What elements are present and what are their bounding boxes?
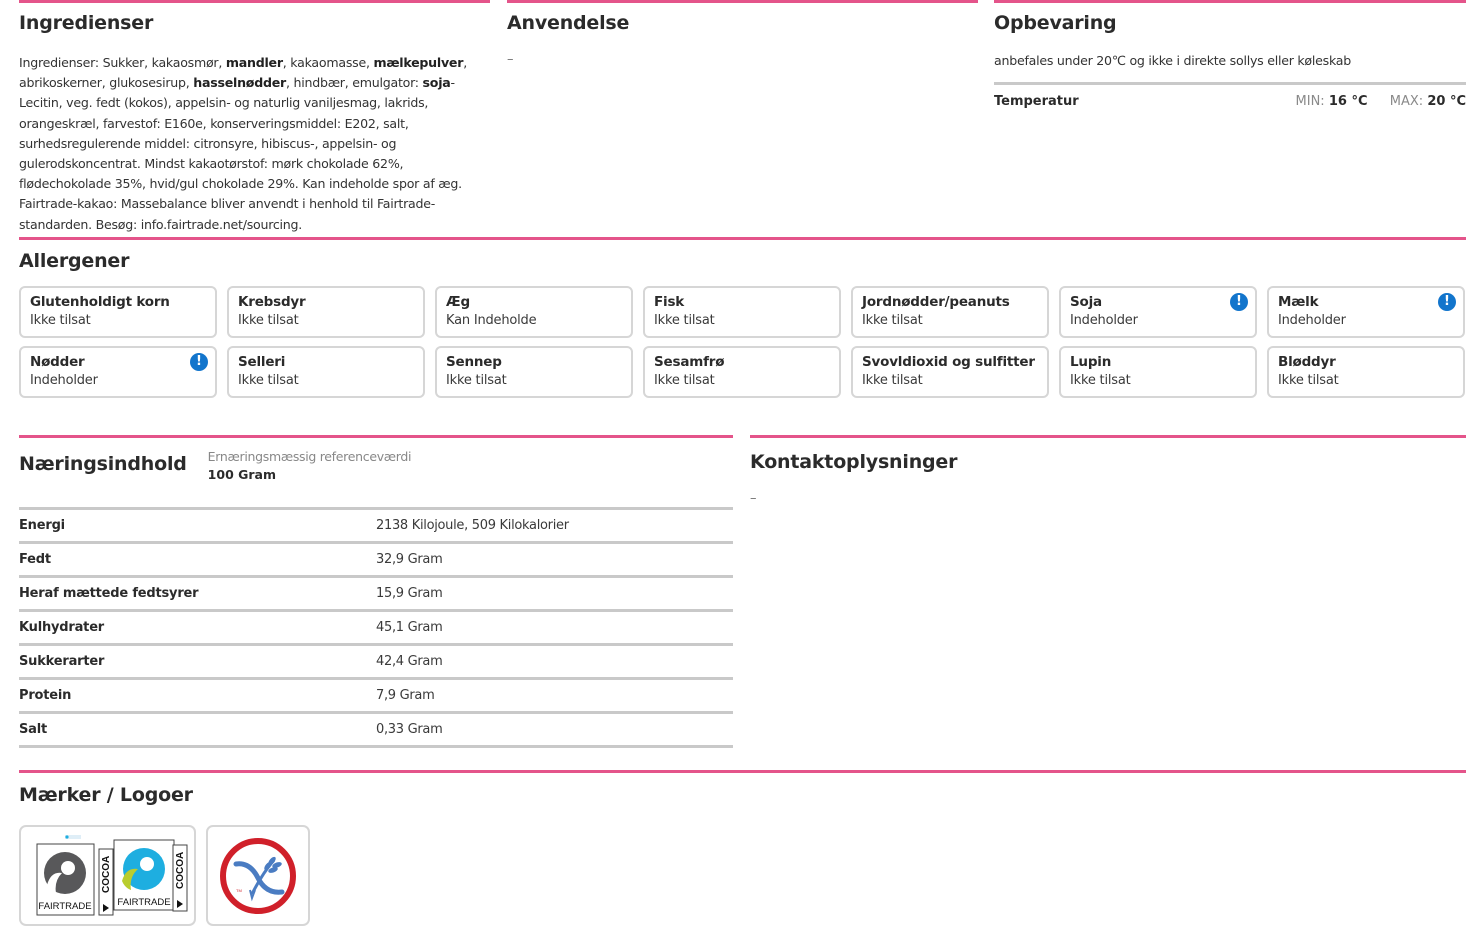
crossed-grain-icon: TM <box>216 834 300 918</box>
allergen-name: Mælk <box>1278 293 1454 311</box>
allergen-grid: Glutenholdigt kornIkke tilsatKrebsdyrIkk… <box>19 286 1466 398</box>
nutrition-table: Energi2138 Kilojoule, 509 KilokalorierFe… <box>19 507 733 748</box>
nutrition-row: Energi2138 Kilojoule, 509 Kilokalorier <box>19 510 733 544</box>
allergens-title: Allergener <box>19 250 1466 272</box>
reference-value-block: Ernæringsmæssig referenceværdi 100 Gram <box>208 449 412 482</box>
ingredient-allergen-highlight: hasselnødder <box>193 75 286 90</box>
nutrient-name: Kulhydrater <box>19 620 376 635</box>
ingredients-section: Ingredienser Ingredienser: Sukker, kakao… <box>19 0 490 235</box>
crossed-grain-logo: TM <box>206 825 310 926</box>
allergen-name: Sennep <box>446 353 622 371</box>
ingredient-text-segment: , kakaomasse, <box>283 55 374 70</box>
allergen-name: Fisk <box>654 293 830 311</box>
allergen-name: Sesamfrø <box>654 353 830 371</box>
allergen-status: Ikke tilsat <box>862 371 1038 391</box>
nutrient-name: Fedt <box>19 552 376 567</box>
allergen-card: BløddyrIkke tilsat <box>1267 346 1465 398</box>
allergen-status: Ikke tilsat <box>446 371 622 391</box>
svg-text:COCOA: COCOA <box>101 855 112 892</box>
usage-title: Anvendelse <box>507 12 978 34</box>
storage-section: Opbevaring anbefales under 20℃ og ikke i… <box>994 0 1466 109</box>
fairtrade-cocoa-icon: FAIRTRADE COCOA FAIRTRADE COCOA <box>28 833 188 919</box>
allergen-status: Kan Indeholde <box>446 311 622 331</box>
allergen-status: Indeholder <box>1070 311 1246 331</box>
temperature-max-label: MAX: <box>1390 94 1423 109</box>
allergen-name: Jordnødder/peanuts <box>862 293 1038 311</box>
logo-list: FAIRTRADE COCOA FAIRTRADE COCOA <box>19 825 1466 926</box>
nutrient-name: Sukkerarter <box>19 654 376 669</box>
exclamation-circle-icon: ! <box>1438 293 1456 311</box>
allergen-name: Soja <box>1070 293 1246 311</box>
allergen-card: Glutenholdigt kornIkke tilsat <box>19 286 217 338</box>
allergen-name: Selleri <box>238 353 414 371</box>
allergen-card: SennepIkke tilsat <box>435 346 633 398</box>
allergen-card: Jordnødder/peanutsIkke tilsat <box>851 286 1049 338</box>
allergen-card: FiskIkke tilsat <box>643 286 841 338</box>
svg-text:FAIRTRADE: FAIRTRADE <box>38 901 91 912</box>
exclamation-circle-icon: ! <box>1230 293 1248 311</box>
temperature-min-label: MIN: <box>1296 94 1325 109</box>
reference-label: Ernæringsmæssig referenceværdi <box>208 449 412 464</box>
nutrition-row: Sukkerarter42,4 Gram <box>19 646 733 680</box>
allergen-status: Ikke tilsat <box>862 311 1038 331</box>
allergen-status: Ikke tilsat <box>238 371 414 391</box>
ingredient-text-segment: , hindbær, emulgator: <box>286 75 423 90</box>
allergen-card: SojaIndeholder! <box>1059 286 1257 338</box>
nutrient-value: 32,9 Gram <box>376 552 442 567</box>
allergen-status: Indeholder <box>30 371 206 391</box>
nutrition-row: Fedt32,9 Gram <box>19 544 733 578</box>
temperature-values: MIN: 16 °C MAX: 20 °C <box>1296 94 1466 109</box>
nutrient-name: Salt <box>19 722 376 737</box>
temperature-min-value: 16 °C <box>1329 94 1368 109</box>
storage-title: Opbevaring <box>994 12 1466 34</box>
nutrition-row: Heraf mættede fedtsyrer15,9 Gram <box>19 578 733 612</box>
ingredient-text-segment: Ingredienser: Sukker, kakaosmør, <box>19 55 226 70</box>
svg-text:TM: TM <box>236 888 242 893</box>
allergen-card: NødderIndeholder! <box>19 346 217 398</box>
contact-value: – <box>750 491 1466 506</box>
nutrient-value: 2138 Kilojoule, 509 Kilokalorier <box>376 518 569 533</box>
nutrient-value: 45,1 Gram <box>376 620 442 635</box>
ingredient-allergen-highlight: soja <box>423 75 451 90</box>
allergen-card: LupinIkke tilsat <box>1059 346 1257 398</box>
nutrient-value: 0,33 Gram <box>376 722 442 737</box>
ingredients-title: Ingredienser <box>19 12 490 34</box>
allergen-status: Ikke tilsat <box>238 311 414 331</box>
temperature-row: Temperatur MIN: 16 °C MAX: 20 °C <box>994 82 1466 109</box>
ingredient-allergen-highlight: mælkepulver <box>373 55 463 70</box>
allergen-card: SelleriIkke tilsat <box>227 346 425 398</box>
allergen-status: Ikke tilsat <box>30 311 206 331</box>
allergen-name: Glutenholdigt korn <box>30 293 206 311</box>
nutrient-value: 15,9 Gram <box>376 586 442 601</box>
allergen-status: Ikke tilsat <box>1070 371 1246 391</box>
allergen-status: Ikke tilsat <box>654 311 830 331</box>
usage-value: – <box>507 52 978 67</box>
reference-value: 100 Gram <box>208 467 412 482</box>
allergens-section: Allergener Glutenholdigt kornIkke tilsat… <box>19 237 1466 398</box>
exclamation-circle-icon: ! <box>190 353 208 371</box>
nutrition-row: Kulhydrater45,1 Gram <box>19 612 733 646</box>
temperature-max-value: 20 °C <box>1427 94 1466 109</box>
svg-text:COCOA: COCOA <box>175 851 186 888</box>
svg-text:FAIRTRADE: FAIRTRADE <box>117 897 170 908</box>
allergen-card: Svovldioxid og sulfitterIkke tilsat <box>851 346 1049 398</box>
allergen-status: Ikke tilsat <box>654 371 830 391</box>
allergen-name: Bløddyr <box>1278 353 1454 371</box>
nutrient-name: Energi <box>19 518 376 533</box>
allergen-card: MælkIndeholder! <box>1267 286 1465 338</box>
allergen-name: Svovldioxid og sulfitter <box>862 353 1038 371</box>
logos-section: Mærker / Logoer FAIRTRADE COCOA <box>19 770 1466 926</box>
nutrition-section: Næringsindhold Ernæringsmæssig reference… <box>19 435 733 748</box>
nutrition-row: Salt0,33 Gram <box>19 714 733 748</box>
nutrition-header: Næringsindhold Ernæringsmæssig reference… <box>19 449 733 507</box>
nutrition-title: Næringsindhold <box>19 453 187 475</box>
allergen-name: Nødder <box>30 353 206 371</box>
fairtrade-cocoa-logo: FAIRTRADE COCOA FAIRTRADE COCOA <box>19 825 196 926</box>
contact-section: Kontaktoplysninger – <box>750 435 1466 506</box>
allergen-status: Ikke tilsat <box>1278 371 1454 391</box>
allergen-name: Æg <box>446 293 622 311</box>
temperature-label: Temperatur <box>994 94 1079 109</box>
ingredient-text-segment: -Lecitin, veg. fedt (kokos), appelsin- o… <box>19 75 462 231</box>
allergen-name: Krebsdyr <box>238 293 414 311</box>
nutrient-value: 42,4 Gram <box>376 654 442 669</box>
allergen-card: KrebsdyrIkke tilsat <box>227 286 425 338</box>
storage-text: anbefales under 20℃ og ikke i direkte so… <box>994 53 1466 68</box>
allergen-card: SesamfrøIkke tilsat <box>643 346 841 398</box>
usage-section: Anvendelse – <box>507 0 978 67</box>
allergen-status: Indeholder <box>1278 311 1454 331</box>
logos-title: Mærker / Logoer <box>19 784 1466 806</box>
allergen-name: Lupin <box>1070 353 1246 371</box>
nutrition-row: Protein7,9 Gram <box>19 680 733 714</box>
ingredient-allergen-highlight: mandler <box>226 55 283 70</box>
allergen-card: ÆgKan Indeholde <box>435 286 633 338</box>
nutrient-value: 7,9 Gram <box>376 688 434 703</box>
ingredients-text: Ingredienser: Sukker, kakaosmør, mandler… <box>19 53 490 235</box>
nutrient-name: Heraf mættede fedtsyrer <box>19 586 376 601</box>
contact-title: Kontaktoplysninger <box>750 451 1466 473</box>
nutrient-name: Protein <box>19 688 376 703</box>
